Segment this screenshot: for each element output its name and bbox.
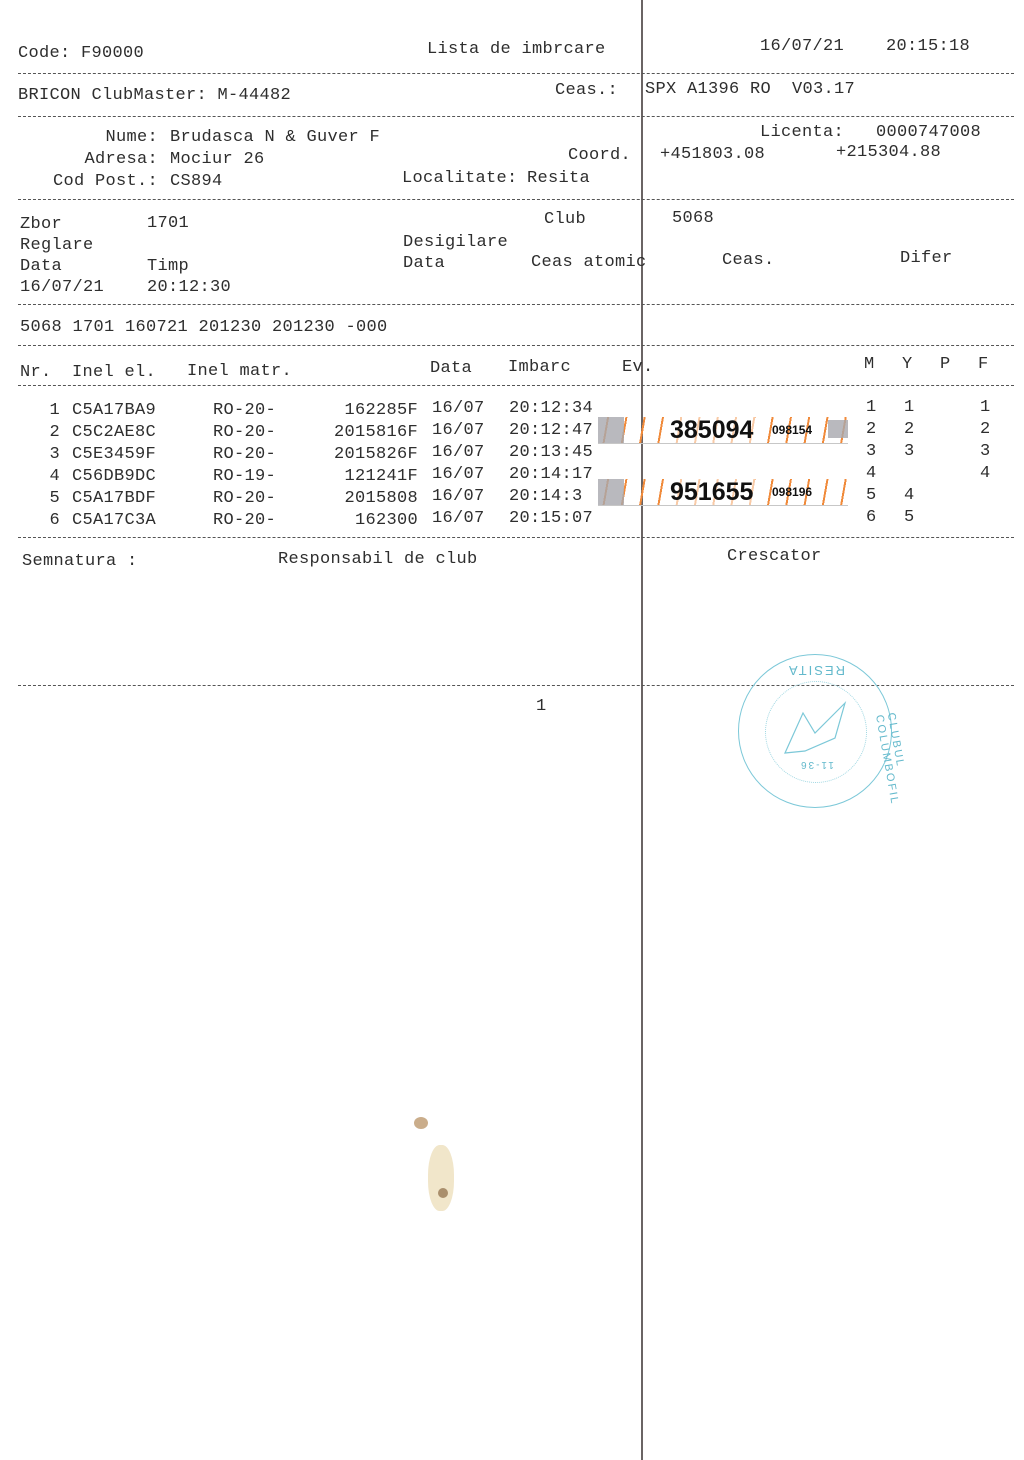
desigilare-label: Desigilare xyxy=(403,233,508,253)
club-responsible-label: Responsabil de club xyxy=(278,550,478,570)
divider xyxy=(18,304,1014,305)
cell-data: 16/07 xyxy=(432,465,485,485)
cell-imbarc: 20:13:45 xyxy=(509,443,593,463)
divider xyxy=(18,385,1014,386)
postal-label: Cod Post.: xyxy=(18,172,158,192)
fold-line xyxy=(641,0,643,1460)
cell-ring-prefix: RO-19- xyxy=(213,467,276,487)
cell-nr: 5 xyxy=(20,489,60,509)
col-imbarc: Imbarc xyxy=(508,358,571,378)
reg-time: 20:12:30 xyxy=(147,278,231,298)
divider xyxy=(18,537,1014,538)
reg-date: 16/07/21 xyxy=(20,278,104,298)
clock-value: SPX A1396 RO V03.17 xyxy=(645,80,855,100)
col-inel-matr: Inel matr. xyxy=(187,362,292,382)
cell-f: 4 xyxy=(980,464,991,484)
col-f: F xyxy=(978,355,989,375)
reg-time-label: Timp xyxy=(147,257,189,277)
license-label: Licenta: xyxy=(760,123,844,143)
seal-tag: 951655 098196 xyxy=(598,479,848,506)
tape-patch xyxy=(598,479,624,505)
club-stamp: RESITA CLUBUL COLUMBOFIL 11-36 xyxy=(738,654,892,808)
reg-date-label: Data xyxy=(20,257,62,277)
coord-latitude: +451803.08 xyxy=(660,145,765,165)
club-label: Club xyxy=(544,210,586,230)
seal-tag-serial: 098154 xyxy=(772,423,812,437)
summary-line: 5068 1701 160721 201230 201230 -000 xyxy=(20,318,388,338)
cell-m: 3 xyxy=(866,442,877,462)
dove-icon xyxy=(775,693,855,763)
seal-tag: 385094 098154 xyxy=(598,417,848,444)
cell-inel-el: C5A17BDF xyxy=(72,489,156,509)
seal-tag-number: 385094 xyxy=(668,417,755,443)
cell-nr: 2 xyxy=(20,423,60,443)
cell-imbarc: 20:12:47 xyxy=(509,421,593,441)
name-label: Nume: xyxy=(18,128,158,148)
reglare-label: Reglare xyxy=(20,236,94,256)
owner-name: Brudasca N & Guver F xyxy=(170,128,380,148)
cell-ring-prefix: RO-20- xyxy=(213,401,276,421)
coord-longitude: +215304.88 xyxy=(836,143,941,163)
cell-inel-el: C5C2AE8C xyxy=(72,423,156,443)
seal-tag-number: 951655 xyxy=(668,479,755,505)
coord-label: Coord. xyxy=(568,146,631,166)
cell-y: 4 xyxy=(904,486,915,506)
cell-f: 1 xyxy=(980,398,991,418)
cell-nr: 6 xyxy=(20,511,60,531)
cell-inel-matr: 162285F xyxy=(290,401,418,421)
cell-inel-matr: 121241F xyxy=(290,467,418,487)
signature-label: Semnatura : xyxy=(22,552,138,572)
cell-inel-el: C5E3459F xyxy=(72,445,156,465)
cell-imbarc: 20:14:17 xyxy=(509,465,593,485)
cell-inel-el: C5A17BA9 xyxy=(72,401,156,421)
cell-y: 3 xyxy=(904,442,915,462)
owner-locality: Resita xyxy=(527,169,590,189)
col-y: Y xyxy=(902,355,913,375)
atomic-clock-label: Ceas atomic xyxy=(531,253,647,273)
cell-imbarc: 20:14:3 xyxy=(509,487,583,507)
cell-inel-matr: 2015808 xyxy=(290,489,418,509)
cell-inel-matr: 162300 xyxy=(290,511,418,531)
stamp-top-text: RESITA xyxy=(787,663,845,678)
cell-data: 16/07 xyxy=(432,509,485,529)
cell-data: 16/07 xyxy=(432,487,485,507)
locality-label: Localitate: xyxy=(402,169,518,189)
cell-imbarc: 20:12:34 xyxy=(509,399,593,419)
page-number: 1 xyxy=(536,697,547,717)
clubmaster-id: BRICON ClubMaster: M-44482 xyxy=(18,86,291,106)
col-inel-el: Inel el. xyxy=(72,363,156,383)
cell-inel-el: C5A17C3A xyxy=(72,511,156,531)
club-number: 5068 xyxy=(672,209,714,229)
print-time: 20:15:18 xyxy=(886,37,970,57)
divider xyxy=(18,73,1014,74)
cell-inel-matr: 2015816F xyxy=(290,423,418,443)
cell-m: 1 xyxy=(866,398,877,418)
cell-ring-prefix: RO-20- xyxy=(213,511,276,531)
col-ev: Ev. xyxy=(622,358,654,378)
cell-inel-el: C56DB9DC xyxy=(72,467,156,487)
code-label: Code: F90000 xyxy=(18,44,144,64)
cell-nr: 4 xyxy=(20,467,60,487)
cell-f: 3 xyxy=(980,442,991,462)
col-nr: Nr. xyxy=(20,363,52,383)
col-data: Data xyxy=(430,359,472,379)
tape-patch xyxy=(828,420,848,438)
cell-data: 16/07 xyxy=(432,443,485,463)
stain xyxy=(438,1188,448,1198)
difference-label: Difer xyxy=(900,249,953,269)
divider xyxy=(18,345,1014,346)
cell-y: 2 xyxy=(904,420,915,440)
flight-number: 1701 xyxy=(147,214,189,234)
owner-postal: CS894 xyxy=(170,172,223,192)
cell-m: 4 xyxy=(866,464,877,484)
stamp-side-text: CLUBUL COLUMBOFIL xyxy=(873,712,913,806)
divider xyxy=(18,116,1014,117)
cell-inel-matr: 2015826F xyxy=(290,445,418,465)
desig-date-label: Data xyxy=(403,254,445,274)
cell-y: 1 xyxy=(904,398,915,418)
cell-ring-prefix: RO-20- xyxy=(213,489,276,509)
flight-label: Zbor xyxy=(20,215,62,235)
col-m: M xyxy=(864,355,875,375)
breeder-label: Crescator xyxy=(727,547,822,567)
cell-data: 16/07 xyxy=(432,399,485,419)
address-label: Adresa: xyxy=(18,150,158,170)
cell-nr: 3 xyxy=(20,445,60,465)
stain xyxy=(414,1117,428,1129)
cell-nr: 1 xyxy=(20,401,60,421)
owner-address: Mociur 26 xyxy=(170,150,265,170)
cell-ring-prefix: RO-20- xyxy=(213,423,276,443)
cell-imbarc: 20:15:07 xyxy=(509,509,593,529)
col-p: P xyxy=(940,355,951,375)
seal-tag-serial: 098196 xyxy=(772,485,812,499)
clock-label: Ceas.: xyxy=(555,81,618,101)
cell-data: 16/07 xyxy=(432,421,485,441)
cell-m: 6 xyxy=(866,508,877,528)
clock-col-label: Ceas. xyxy=(722,251,775,271)
cell-m: 5 xyxy=(866,486,877,506)
cell-f: 2 xyxy=(980,420,991,440)
document-title: Lista de imbrcare xyxy=(427,40,606,60)
print-date: 16/07/21 xyxy=(760,37,844,57)
license-number: 0000747008 xyxy=(876,123,981,143)
cell-m: 2 xyxy=(866,420,877,440)
divider xyxy=(18,199,1014,200)
cell-ring-prefix: RO-20- xyxy=(213,445,276,465)
cell-y: 5 xyxy=(904,508,915,528)
stain xyxy=(428,1145,454,1211)
tape-patch xyxy=(598,417,624,443)
